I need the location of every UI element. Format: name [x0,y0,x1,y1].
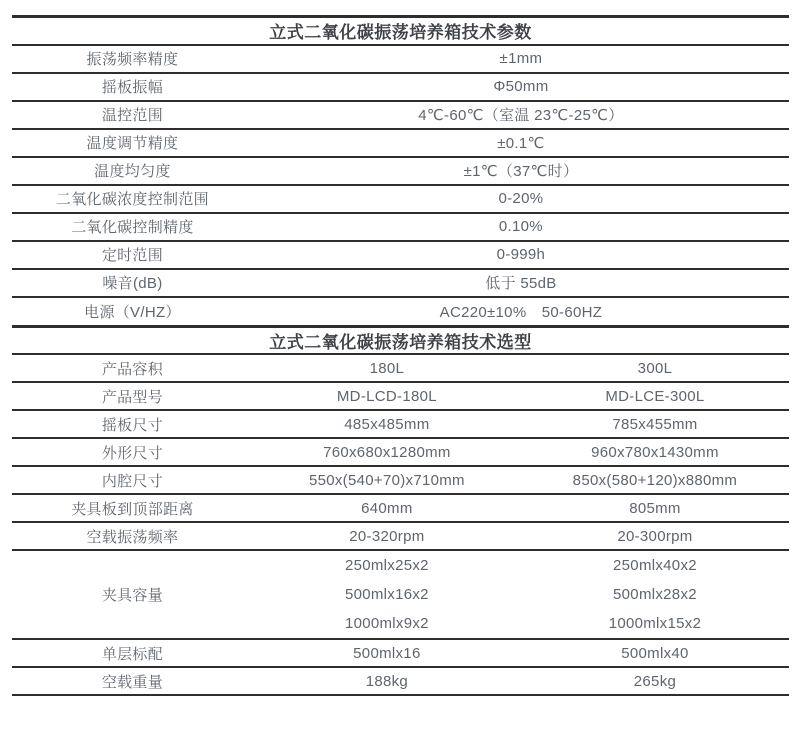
capacity-line: 250mlx25x2 [253,551,521,580]
table-row: 摇板尺寸 485x485mm 785x455mm [12,410,789,438]
table-row: 噪音(dB) 低于 55dB [12,269,789,297]
spec-label: 温控范围 [12,101,253,129]
model-table-title: 立式二氧化碳振荡培养箱技术选型 [12,326,789,354]
table-row: 空载重量 188kg 265kg [12,667,789,695]
spec-value: ±0.1℃ [253,129,789,157]
spec-label: 温度调节精度 [12,129,253,157]
model-label: 摇板尺寸 [12,410,253,438]
spec-label: 振荡频率精度 [12,45,253,73]
model-table-header-row: 立式二氧化碳振荡培养箱技术选型 [12,326,789,354]
spec-value: Φ50mm [253,73,789,101]
spec-value: AC220±10% 50-60HZ [253,297,789,325]
table-row: 振荡频率精度 ±1mm [12,45,789,73]
spec-value: ±1℃（37℃时） [253,157,789,185]
model-value-180: 500mlx16 [253,639,521,667]
spec-table-title: 立式二氧化碳振荡培养箱技术参数 [12,17,789,45]
model-value-180: 250mlx25x2 500mlx16x2 1000mlx9x2 [253,550,521,639]
model-label: 外形尺寸 [12,438,253,466]
spec-label: 摇板振幅 [12,73,253,101]
page: 立式二氧化碳振荡培养箱技术参数 振荡频率精度 ±1mm 摇板振幅 Φ50mm 温… [0,0,800,751]
model-value-180: 188kg [253,667,521,695]
model-value-300: 960x780x1430mm [521,438,789,466]
model-label: 夹具容量 [12,550,253,639]
spec-label: 噪音(dB) [12,269,253,297]
spec-table-header-row: 立式二氧化碳振荡培养箱技术参数 [12,17,789,45]
capacity-line: 1000mlx15x2 [521,609,789,638]
table-row: 夹具板到顶部距离 640mm 805mm [12,494,789,522]
capacity-line: 500mlx28x2 [521,580,789,609]
table-row: 外形尺寸 760x680x1280mm 960x780x1430mm [12,438,789,466]
spec-value: 0-999h [253,241,789,269]
model-value-180: 760x680x1280mm [253,438,521,466]
table-row: 定时范围 0-999h [12,241,789,269]
model-value-180: 550x(540+70)x710mm [253,466,521,494]
table-row: 产品型号 MD-LCD-180L MD-LCE-300L [12,382,789,410]
spec-label: 电源（V/HZ） [12,297,253,325]
model-value-300: 785x455mm [521,410,789,438]
spec-table: 立式二氧化碳振荡培养箱技术参数 振荡频率精度 ±1mm 摇板振幅 Φ50mm 温… [12,15,789,325]
model-label: 内腔尺寸 [12,466,253,494]
model-label: 空载重量 [12,667,253,695]
table-row: 温度均匀度 ±1℃（37℃时） [12,157,789,185]
model-label: 产品容积 [12,354,253,382]
table-row: 温控范围 4℃-60℃（室温 23℃-25℃） [12,101,789,129]
table-row: 空载振荡频率 20-320rpm 20-300rpm [12,522,789,550]
model-value-300: 250mlx40x2 500mlx28x2 1000mlx15x2 [521,550,789,639]
table-row: 二氧化碳控制精度 0.10% [12,213,789,241]
spec-label: 二氧化碳控制精度 [12,213,253,241]
model-value-300: 805mm [521,494,789,522]
spec-value: 0-20% [253,185,789,213]
model-value-300: 300L [521,354,789,382]
model-value-180: 640mm [253,494,521,522]
capacity-line: 250mlx40x2 [521,551,789,580]
spec-value: ±1mm [253,45,789,73]
capacity-line: 500mlx16x2 [253,580,521,609]
model-value-300: 500mlx40 [521,639,789,667]
spec-value: 低于 55dB [253,269,789,297]
spec-label: 定时范围 [12,241,253,269]
capacity-line: 1000mlx9x2 [253,609,521,638]
table-row: 摇板振幅 Φ50mm [12,73,789,101]
spec-label: 温度均匀度 [12,157,253,185]
table-row-clamp-capacity: 夹具容量 250mlx25x2 500mlx16x2 1000mlx9x2 25… [12,550,789,639]
model-value-300: 850x(580+120)x880mm [521,466,789,494]
model-value-300: MD-LCE-300L [521,382,789,410]
table-row: 内腔尺寸 550x(540+70)x710mm 850x(580+120)x88… [12,466,789,494]
model-value-300: 20-300rpm [521,522,789,550]
model-label: 产品型号 [12,382,253,410]
model-label: 单层标配 [12,639,253,667]
table-row: 二氧化碳浓度控制范围 0-20% [12,185,789,213]
model-value-180: 180L [253,354,521,382]
model-value-180: MD-LCD-180L [253,382,521,410]
model-label: 空载振荡频率 [12,522,253,550]
model-value-180: 485x485mm [253,410,521,438]
spec-label: 二氧化碳浓度控制范围 [12,185,253,213]
model-label: 夹具板到顶部距离 [12,494,253,522]
spec-value: 4℃-60℃（室温 23℃-25℃） [253,101,789,129]
table-row: 电源（V/HZ） AC220±10% 50-60HZ [12,297,789,325]
model-value-180: 20-320rpm [253,522,521,550]
spec-value: 0.10% [253,213,789,241]
table-row: 温度调节精度 ±0.1℃ [12,129,789,157]
table-row: 产品容积 180L 300L [12,354,789,382]
table-row: 单层标配 500mlx16 500mlx40 [12,639,789,667]
model-value-300: 265kg [521,667,789,695]
model-table: 立式二氧化碳振荡培养箱技术选型 产品容积 180L 300L 产品型号 MD-L… [12,325,789,697]
